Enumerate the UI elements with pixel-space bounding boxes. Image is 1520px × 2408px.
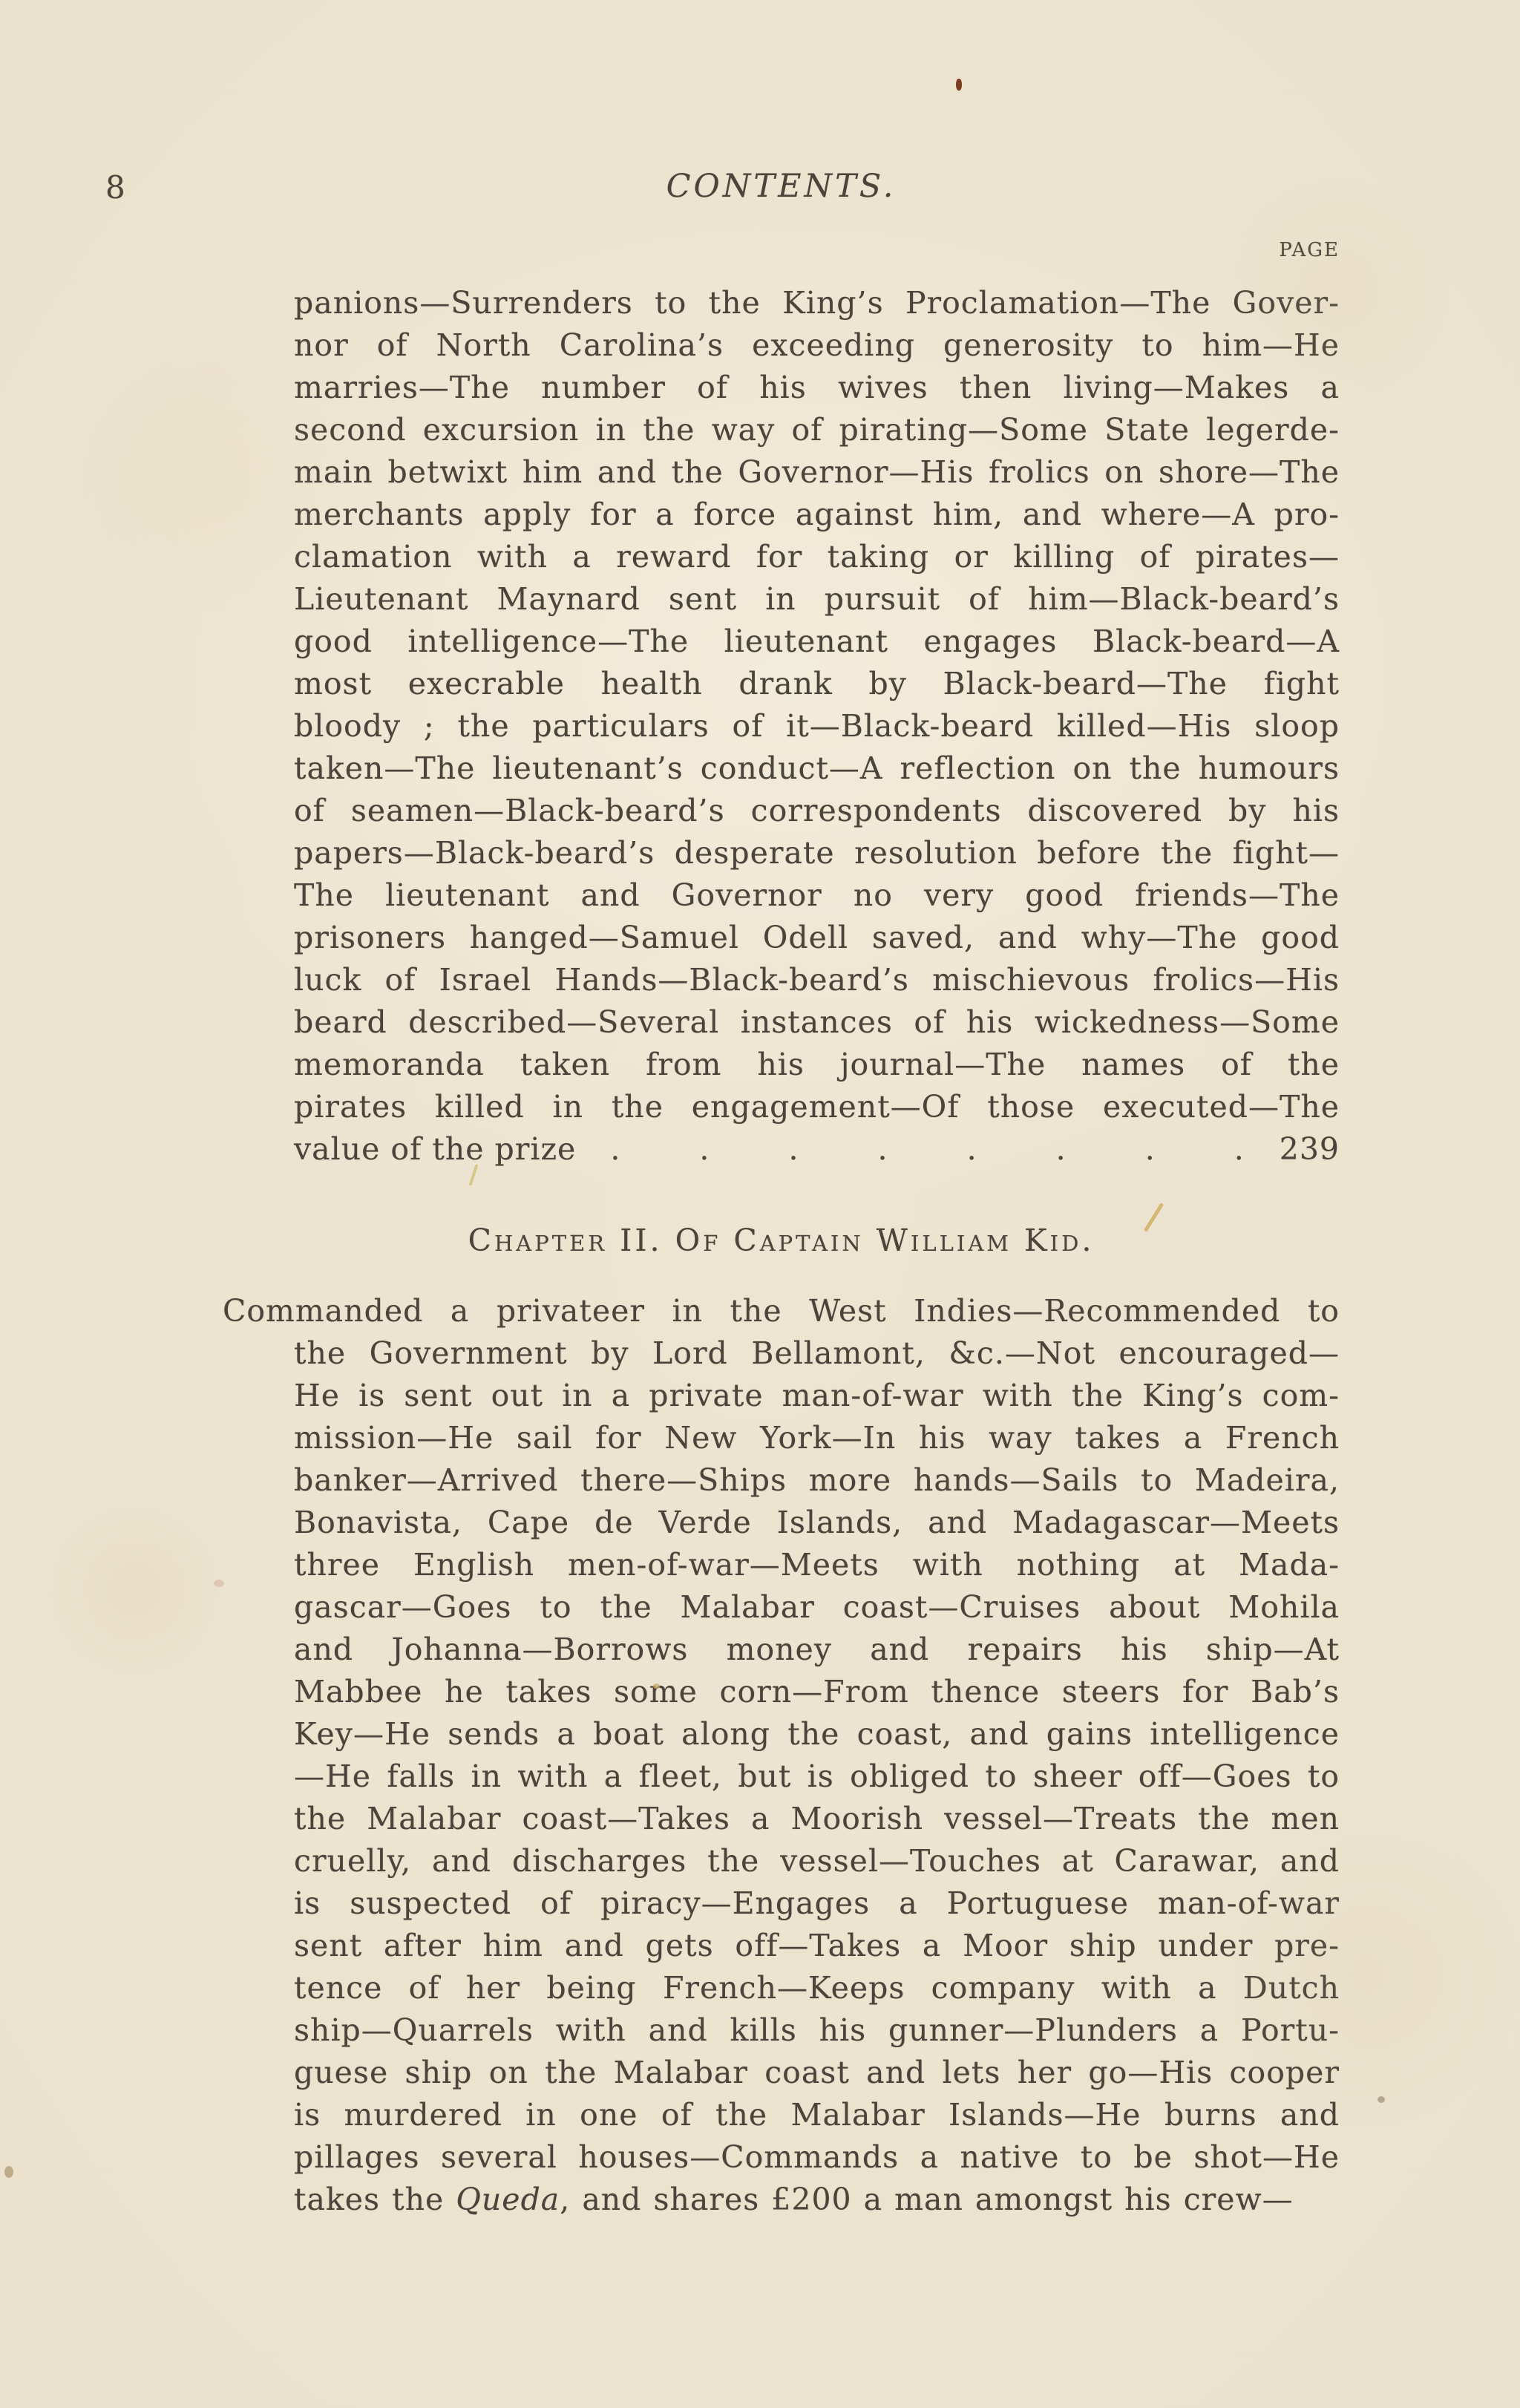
toc-line: banker—Arrived there—Ships more hands—Sa…: [294, 1459, 1340, 1502]
toc-line: —He falls in with a fleet, but is oblige…: [294, 1756, 1340, 1798]
leader-dots: . . . . . . . . .: [576, 1128, 1279, 1171]
toc-line: The lieutenant and Governor no very good…: [294, 874, 1340, 917]
toc-line: Mabbee he takes some corn—From thence st…: [294, 1671, 1340, 1713]
toc-line: ship—Quarrels with and kills his gunner—…: [294, 2009, 1340, 2052]
toc-line: second excursion in the way of pirating—…: [294, 409, 1340, 451]
toc-line: beard described—Several instances of his…: [294, 1001, 1340, 1044]
toc-line: tence of her being French—Keeps company …: [294, 1967, 1340, 2009]
toc-line: sent after him and gets off—Takes a Moor…: [294, 1925, 1340, 1967]
toc-line: bloody ; the particulars of it—Black-bea…: [294, 705, 1340, 747]
toc-line: main betwixt him and the Governor—His fr…: [294, 451, 1340, 494]
book-page: 8 CONTENTS. PAGE panions—Surrenders to t…: [0, 0, 1520, 2408]
toc-line: of seamen—Black-beard’s correspondents d…: [294, 790, 1340, 832]
toc-line: pillages several houses—Commands a nativ…: [294, 2136, 1340, 2179]
page-ref: 239: [1280, 1128, 1340, 1171]
toc-line: the Government by Lord Bellamont, &c.—No…: [294, 1332, 1340, 1375]
toc-entry-kid: the Government by Lord Bellamont, &c.—No…: [223, 1332, 1340, 2179]
toc-leader-line: value of the prize . . . . . . . . . 239: [294, 1128, 1340, 1171]
toc-line: good intelligence—The lieutenant engages…: [294, 621, 1340, 663]
last-line-pre: takes the: [294, 2182, 456, 2217]
toc-first-line: Commanded a privateer in the West Indies…: [223, 1290, 1340, 1332]
paper-speck: [956, 79, 962, 91]
toc-line: mission—He sail for New York—In his way …: [294, 1417, 1340, 1459]
toc-line: He is sent out in a private man-of-war w…: [294, 1375, 1340, 1417]
paper-speck: [4, 2166, 13, 2178]
last-line-post: , and shares £200 a man amongst his crew…: [560, 2182, 1293, 2217]
toc-line: the Malabar coast—Takes a Moorish vessel…: [294, 1798, 1340, 1840]
paper-speck: [1377, 2096, 1385, 2103]
toc-line: Lieutenant Maynard sent in pursuit of hi…: [294, 578, 1340, 621]
toc-line: marries—The number of his wives then liv…: [294, 367, 1340, 409]
toc-line: memoranda taken from his journal—The nam…: [294, 1044, 1340, 1086]
toc-line: is suspected of piracy—Engages a Portugu…: [294, 1882, 1340, 1925]
page-number: 8: [105, 169, 126, 206]
page-column-label: PAGE: [223, 239, 1340, 261]
toc-line: luck of Israel Hands—Black-beard’s misch…: [294, 959, 1340, 1001]
toc-line: pirates killed in the engagement—Of thos…: [294, 1086, 1340, 1128]
toc-line: clamation with a reward for taking or ki…: [294, 536, 1340, 578]
running-title: CONTENTS.: [223, 168, 1340, 205]
toc-line: three English men-of-war—Meets with noth…: [294, 1544, 1340, 1586]
chapter-heading: Chapter II. Of Captain William Kid.: [223, 1220, 1340, 1262]
leader-text: value of the prize: [294, 1128, 576, 1171]
toc-line: and Johanna—Borrows money and repairs hi…: [294, 1629, 1340, 1671]
toc-line: prisoners hanged—Samuel Odell saved, and…: [294, 917, 1340, 959]
toc-line: nor of North Carolina’s exceeding genero…: [294, 324, 1340, 367]
toc-line: Bonavista, Cape de Verde Islands, and Ma…: [294, 1502, 1340, 1544]
toc-line: cruelly, and discharges the vessel—Touch…: [294, 1840, 1340, 1882]
toc-line: most execrable health drank by Black-bea…: [294, 663, 1340, 705]
toc-line: Key—He sends a boat along the coast, and…: [294, 1713, 1340, 1756]
toc-last-line: takes the Queda, and shares £200 a man a…: [294, 2179, 1340, 2221]
toc-line: taken—The lieutenant’s conduct—A reflect…: [294, 747, 1340, 790]
toc-line: papers—Black-beard’s desperate resolutio…: [294, 832, 1340, 874]
toc-entry-blackbeard: panions—Surrenders to the King’s Proclam…: [223, 282, 1340, 1128]
ship-name-queda: Queda: [456, 2182, 560, 2217]
toc-line: merchants apply for a force against him,…: [294, 494, 1340, 536]
toc-line: panions—Surrenders to the King’s Proclam…: [294, 282, 1340, 324]
toc-line: gascar—Goes to the Malabar coast—Cruises…: [294, 1586, 1340, 1629]
toc-line: is murdered in one of the Malabar Island…: [294, 2094, 1340, 2136]
toc-line: guese ship on the Malabar coast and lets…: [294, 2052, 1340, 2094]
text-column: panions—Surrenders to the King’s Proclam…: [223, 282, 1340, 2221]
